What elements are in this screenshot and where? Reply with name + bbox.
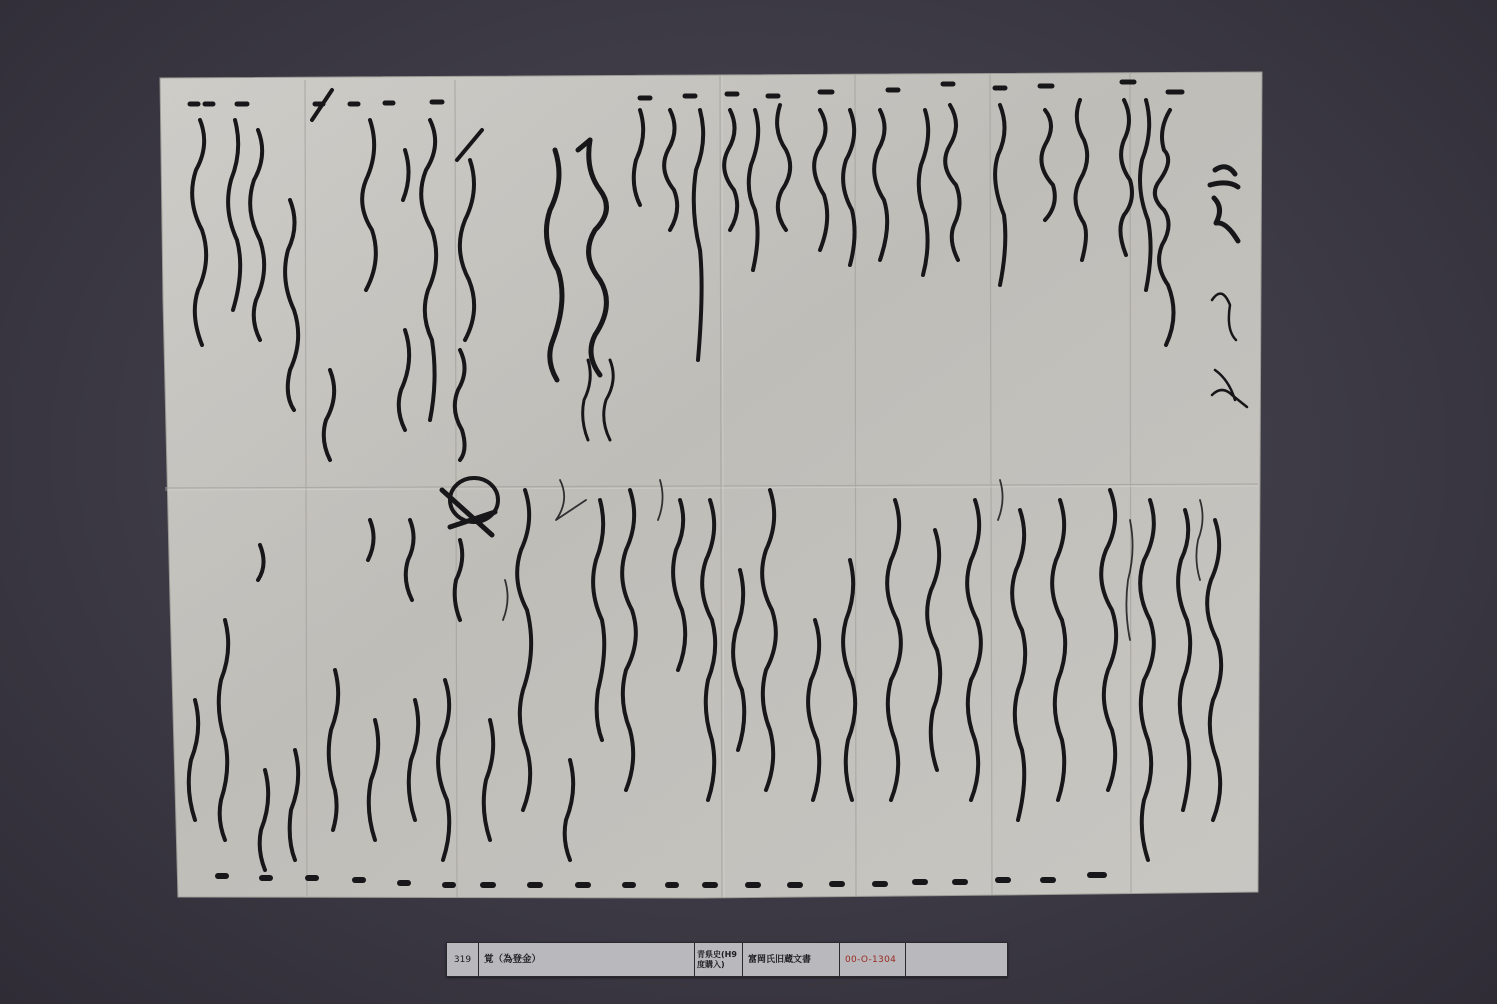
paper-artwork [0,0,1497,1004]
label-collection: 富岡氏旧蔵文書 [743,943,840,976]
label-source: 青県史(H9度購入) [695,943,743,976]
document-photo: 319 覚（為登金） 青県史(H9度購入) 富岡氏旧蔵文書 00-O-1304 [0,0,1497,1004]
label-empty-cell [906,943,1007,976]
document-paper [0,0,1497,1004]
label-title: 覚（為登金） [479,943,695,976]
catalog-label: 319 覚（為登金） 青県史(H9度購入) 富岡氏旧蔵文書 00-O-1304 [446,942,1008,977]
label-code: 00-O-1304 [840,943,906,976]
label-number: 319 [447,943,479,976]
